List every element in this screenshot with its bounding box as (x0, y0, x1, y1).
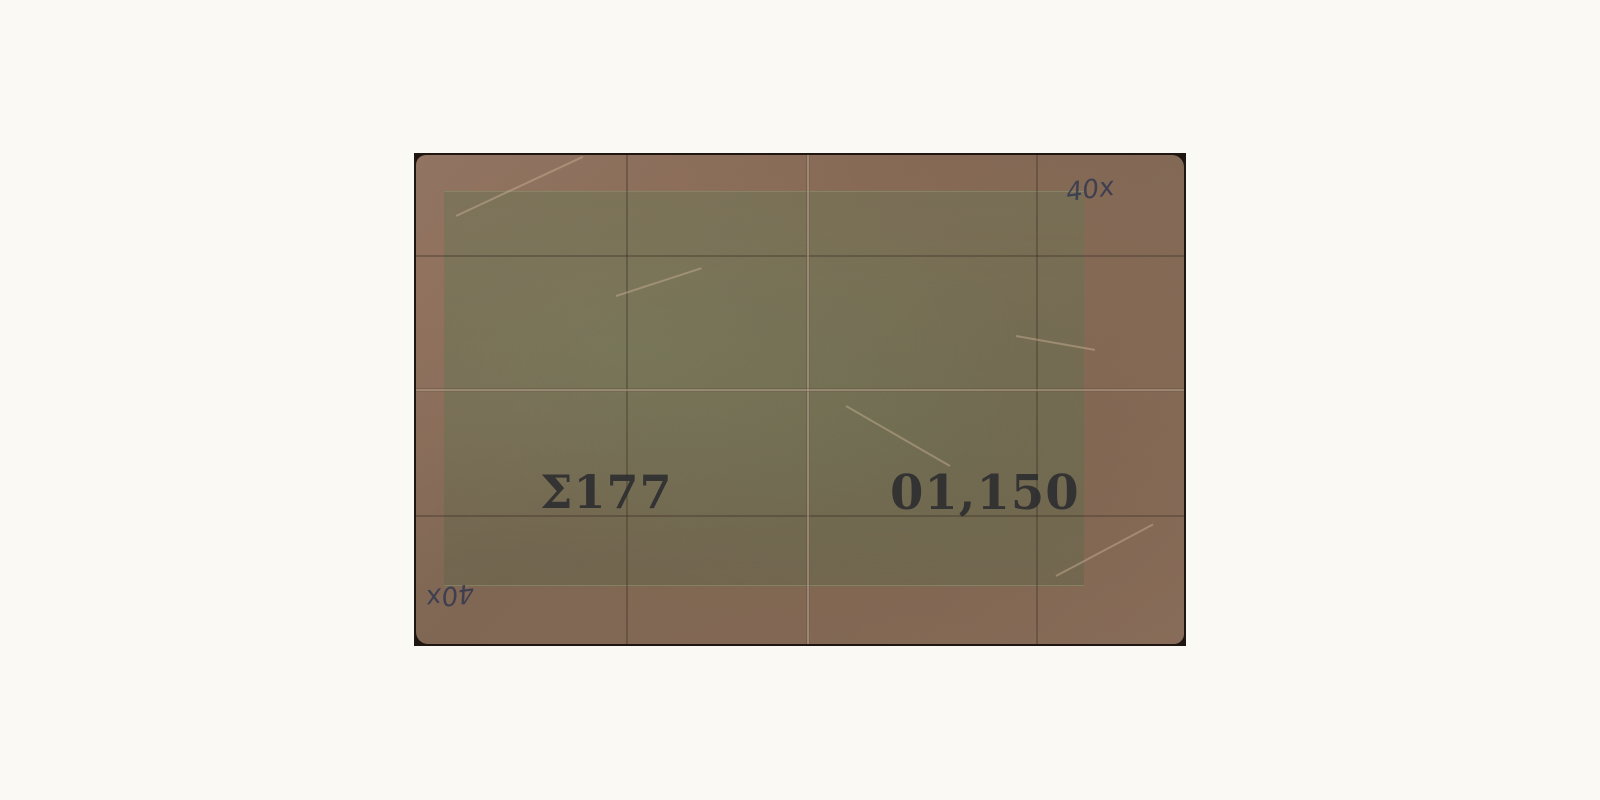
handwritten-note-top: 40x (1064, 172, 1116, 208)
crease-line (626, 155, 628, 644)
vertical-fold (806, 155, 810, 644)
horizontal-fold (416, 388, 1184, 392)
crease-line (1036, 155, 1038, 644)
handwritten-note-bottom: 40x (424, 577, 476, 613)
banknote: Σ177 01,150 40x 40x (414, 153, 1186, 646)
crease-line (416, 255, 1184, 257)
serial-number: 01,150 (890, 465, 1080, 521)
serial-prefix: Σ177 (540, 465, 673, 519)
banknote-paper: Σ177 01,150 40x 40x (416, 155, 1184, 644)
